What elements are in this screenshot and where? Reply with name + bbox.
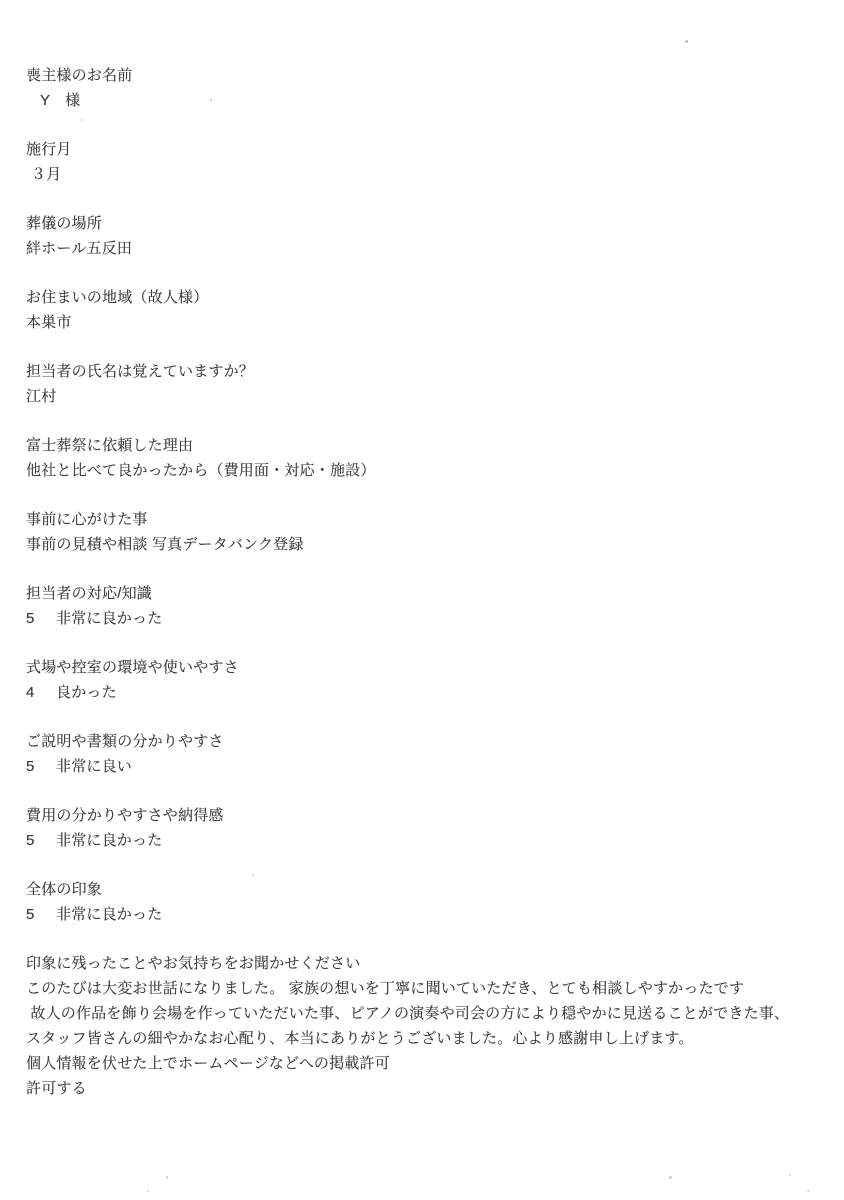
- rating-text: 良かった: [56, 684, 117, 701]
- field-funeral-place: 葬儀の場所 絆ホール五反田: [26, 211, 818, 261]
- field-label: 葬儀の場所: [26, 211, 818, 236]
- field-rating-venue: 式場や控室の環境や使いやすさ 4良かった: [26, 655, 818, 705]
- field-advance-preparation: 事前に心がけた事 事前の見積や相談 写真データバンク登録: [26, 507, 818, 557]
- field-value: Y 様: [26, 88, 818, 113]
- rating-score: 5: [26, 754, 56, 779]
- scan-artifact: [252, 874, 254, 876]
- field-label: 式場や控室の環境や使いやすさ: [26, 655, 818, 680]
- rating-text: 非常に良い: [56, 758, 132, 775]
- scan-artifact: [669, 1176, 672, 1179]
- field-label: 施行月: [26, 137, 818, 162]
- field-rating-staff-response: 担当者の対応/知識 5非常に良かった: [26, 581, 818, 631]
- field-label: 担当者の氏名は覚えていますか？: [26, 359, 818, 384]
- rating-row: 5非常に良かった: [26, 828, 818, 853]
- rating-score: 4: [26, 680, 56, 705]
- rating-row: 5非常に良かった: [26, 606, 818, 631]
- field-value: 本巣市: [26, 310, 818, 335]
- rating-row: 5非常に良い: [26, 754, 818, 779]
- rating-row: 4良かった: [26, 680, 818, 705]
- rating-score: 5: [26, 606, 56, 631]
- field-label: お住まいの地域（故人様）: [26, 285, 818, 310]
- survey-content: 喪主様のお名前 Y 様 施行月 ３月 葬儀の場所 絆ホール五反田 お住まいの地域…: [26, 63, 818, 1101]
- field-mourner-name: 喪主様のお名前 Y 様: [26, 63, 818, 113]
- field-value: 絆ホール五反田: [26, 236, 818, 261]
- scan-artifact: [807, 1190, 810, 1192]
- scanned-survey-page: 喪主様のお名前 Y 様 施行月 ３月 葬儀の場所 絆ホール五反田 お住まいの地域…: [0, 0, 844, 1200]
- field-label: 喪主様のお名前: [26, 63, 818, 88]
- field-rating-cost: 費用の分かりやすさや納得感 5非常に良かった: [26, 803, 818, 853]
- field-value: ３月: [26, 162, 818, 187]
- scan-artifact: [81, 119, 83, 121]
- field-value: 江村: [26, 384, 818, 409]
- field-label: 担当者の対応/知識: [26, 581, 818, 606]
- rating-text: 非常に良かった: [56, 832, 162, 849]
- field-label: 富士葬祭に依頼した理由: [26, 433, 818, 458]
- field-label: 全体の印象: [26, 877, 818, 902]
- field-value: 他社と比べて良かったから（費用面・対応・施設）: [26, 458, 818, 483]
- field-staff-name: 担当者の氏名は覚えていますか？ 江村: [26, 359, 818, 409]
- comment-line: このたびは大変お世話になりました。 家族の想いを丁寧に聞いていただき、とても相談…: [26, 976, 818, 1001]
- field-rating-explanation: ご説明や書類の分かりやすさ 5非常に良い: [26, 729, 818, 779]
- field-reason-chosen: 富士葬祭に依頼した理由 他社と比べて良かったから（費用面・対応・施設）: [26, 433, 818, 483]
- scan-artifact: [166, 1176, 168, 1179]
- scan-artifact: [147, 1190, 149, 1192]
- field-publication-permission: 個人情報を伏せた上でホームページなどへの掲載許可 許可する: [26, 1051, 818, 1101]
- scan-artifact: [210, 99, 212, 101]
- field-service-month: 施行月 ３月: [26, 137, 818, 187]
- field-value: 許可する: [26, 1076, 818, 1101]
- scan-artifact: [685, 40, 688, 43]
- comment-line: スタッフ皆さんの細やかなお心配り、本当にありがとうございました。心より感謝申し上…: [26, 1026, 818, 1051]
- field-value: 事前の見積や相談 写真データバンク登録: [26, 532, 818, 557]
- rating-score: 5: [26, 828, 56, 853]
- field-label: 印象に残ったことやお気持ちをお聞かせください: [26, 951, 818, 976]
- field-free-comment: 印象に残ったことやお気持ちをお聞かせください このたびは大変お世話になりました。…: [26, 951, 818, 1051]
- field-label: ご説明や書類の分かりやすさ: [26, 729, 818, 754]
- rating-text: 非常に良かった: [56, 610, 162, 627]
- field-label: 事前に心がけた事: [26, 507, 818, 532]
- field-label: 費用の分かりやすさや納得感: [26, 803, 818, 828]
- rating-score: 5: [26, 902, 56, 927]
- comment-line: 故人の作品を飾り会場を作っていただいた事、ピアノの演奏や司会の方により穏やかに見…: [26, 1001, 818, 1026]
- field-rating-overall: 全体の印象 5非常に良かった: [26, 877, 818, 927]
- field-residence-area: お住まいの地域（故人様） 本巣市: [26, 285, 818, 335]
- scan-artifact: [789, 1174, 791, 1176]
- rating-text: 非常に良かった: [56, 906, 162, 923]
- rating-row: 5非常に良かった: [26, 902, 818, 927]
- field-label: 個人情報を伏せた上でホームページなどへの掲載許可: [26, 1051, 818, 1076]
